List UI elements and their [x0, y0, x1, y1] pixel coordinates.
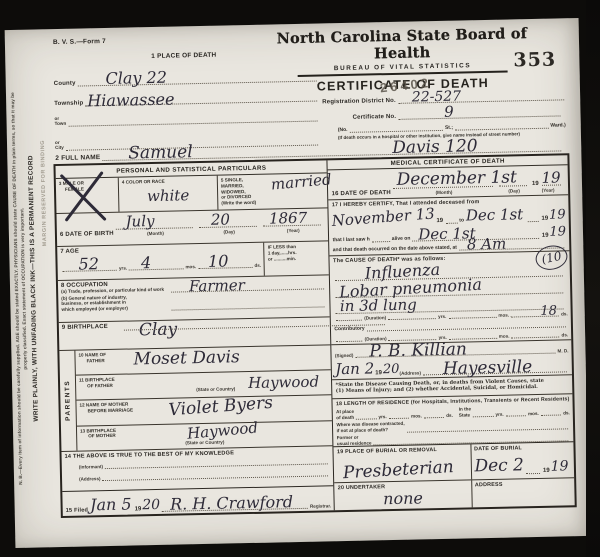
signature-year-value: 20 — [383, 363, 400, 376]
filed-row: 15 Filed Jan 5 19 20 R. H. Crawford Regi… — [62, 486, 334, 516]
duration-mos-unit: mos. — [498, 313, 509, 318]
race-value: white — [122, 188, 214, 205]
state-ds-unit: ds. — [563, 410, 570, 416]
burial-place-label: 19 PLACE OF BURIAL OR REMOVAL — [337, 446, 467, 455]
dob-year-sub: (Year) — [261, 228, 325, 234]
medical-column: MEDICAL CERTIFICATE OF DEATH 16 DATE OF … — [328, 155, 575, 510]
no-line — [349, 126, 443, 133]
last-saw-gap — [372, 236, 390, 242]
duration-yrs-line — [388, 314, 436, 320]
undertaker-cell: 20 UNDERTAKER none — [335, 480, 473, 510]
age-days-value: 10 — [208, 254, 229, 270]
contributory-line — [367, 323, 566, 332]
full-name-last: Davis 120 — [392, 138, 478, 157]
at-place-label-2: of death — [336, 415, 354, 421]
ward-label: Ward.) — [550, 122, 565, 128]
undertaker-value: none — [338, 489, 468, 508]
parents-block: PARENTS 10 NAME OFFATHER Moset Davis 11 … — [59, 346, 332, 452]
age-months-line: 4 — [129, 255, 184, 271]
burial-date-label: DATE OF BURIAL — [474, 444, 571, 452]
dob-month-value: July — [125, 214, 154, 230]
duration-ds-unit: ds. — [561, 312, 568, 317]
registrar-label: Registrar. — [310, 503, 331, 508]
cause-line-3: in 3d lung — [340, 298, 417, 315]
from-year-prefix: 19 — [436, 218, 443, 224]
certificate-paper: N. B.—Every item of information should b… — [5, 18, 590, 548]
alive-on-label: alive on — [392, 236, 411, 242]
signature-address-line: Hayesville — [423, 364, 567, 376]
duration-yrs-unit: yrs. — [438, 314, 446, 319]
undertaker-row: 20 UNDERTAKER none ADDRESS — [335, 478, 575, 510]
occupation-value: Farmer — [189, 278, 245, 294]
age-less-than-cell: IF LESS than 1 day,......hrs. or .......… — [264, 242, 330, 276]
marital-label-5: (Write the word) — [221, 198, 325, 206]
contributory-label: Contributory — [334, 326, 364, 333]
duration2-lead — [337, 337, 363, 343]
sex-race-marital-row: 3 MALE OR FEMALE 4 COLOR OR RACE white 5… — [56, 173, 328, 214]
attended-to-value: Dec 1st — [466, 208, 524, 224]
dob-month-sub: (Month) — [114, 231, 197, 238]
no-label: (No. — [338, 127, 348, 133]
dob-day-value: 20 — [211, 213, 230, 228]
informant-address-label: (Address) — [79, 476, 101, 481]
town-label: Town — [55, 121, 67, 127]
undertaker-address-label: ADDRESS — [475, 480, 572, 488]
form-area: B. V. S.—Form 7 1 PLACE OF DEATH North C… — [51, 18, 580, 547]
to-year-value: 19 — [549, 209, 566, 222]
filed-year-prefix: 19 — [135, 506, 142, 512]
to-line — [527, 215, 538, 222]
res-yrs-line — [356, 415, 376, 420]
informant-label: (Informant) — [79, 464, 103, 470]
mother-bp-value: Haywood — [187, 420, 259, 441]
residence-block: 18 LENGTH OF RESIDENCE (for Hospitals, I… — [333, 394, 574, 447]
main-form-box: PERSONAL AND STATISTICAL PARTICULARS 3 M… — [53, 153, 576, 518]
state-mos-unit: mos. — [528, 411, 539, 417]
occupation-b-label-3: which employed (or employer) — [61, 305, 169, 313]
age-months-unit: mos. — [185, 264, 196, 269]
race-label: 4 COLOR OR RACE — [122, 178, 214, 186]
last-year-value: 19 — [549, 226, 566, 239]
burial-place-cell: 19 PLACE OF BURIAL OR REMOVAL Presbeteri… — [334, 444, 472, 482]
age-months-value: 4 — [141, 255, 152, 271]
filed-year-value: 20 — [142, 498, 160, 512]
state-mos-line — [506, 412, 526, 417]
signature-year-prefix: 19 — [375, 371, 382, 377]
dob-day-sub: (Day) — [197, 229, 261, 235]
burial-date-gap — [526, 469, 540, 474]
mother-name-value: Violet Byers — [168, 395, 273, 420]
attest-statement: 14 THE ABOVE IS TRUE TO THE BEST OF MY K… — [65, 448, 331, 460]
burial-year-prefix: 19 — [543, 468, 550, 474]
duration-ds-line: 18 — [511, 312, 559, 318]
informant-line — [105, 459, 328, 469]
duration2-ds-unit: ds. — [561, 333, 568, 338]
attest-block: 14 THE ABOVE IS TRUE TO THE BEST OF MY K… — [61, 446, 333, 492]
filed-line: R. H. Crawford — [162, 500, 308, 512]
age-days-unit: ds. — [254, 263, 261, 268]
father-bp-sub: (State or Country) — [196, 387, 235, 393]
dob-label: 6 DATE OF BIRTH — [60, 231, 114, 238]
res-ds-line — [424, 413, 444, 418]
burial-date-value: Dec 2 — [474, 457, 524, 475]
filed-date-value: Jan 5 — [90, 496, 132, 513]
to-year-prefix: 19 — [541, 216, 548, 222]
signed-label: (Signed) — [335, 353, 353, 358]
full-name-label: 2 FULL NAME — [55, 154, 100, 162]
street-label: St.; — [445, 125, 453, 131]
age-less-3: or ..........min. — [268, 255, 326, 262]
registrar-signature: R. H. Crawford — [170, 494, 293, 513]
duration2-ds-line — [511, 333, 559, 339]
sex-label-2: FEMALE — [65, 186, 115, 193]
last-saw-label: that I last saw h — [332, 237, 369, 244]
last-year-prefix: 19 — [542, 233, 549, 239]
margin-binding-note: MARGIN RESERVED FOR BINDING — [38, 33, 51, 353]
undertaker-address-cell: ADDRESS — [472, 478, 575, 507]
dod-year-sub: (Year) — [531, 187, 565, 193]
page-number-stamp: 353 — [513, 49, 556, 72]
form-number: B. V. S.—Form 7 — [53, 38, 106, 46]
state-yrs-unit: yrs. — [495, 411, 503, 417]
age-years-value: 52 — [78, 256, 99, 272]
dod-month-sub: (Month) — [391, 189, 497, 196]
certify-block: 17 I HEREBY CERTIFY, That I attended dec… — [329, 196, 570, 257]
res-ds-unit: ds. — [446, 413, 453, 419]
age-years-line: 52 — [62, 256, 117, 272]
dob-year-value: 1867 — [269, 211, 307, 227]
duration2-mos-unit: mos. — [499, 334, 510, 339]
date-of-death-row: 16 DATE OF DEATH December 1st(Month) (Da… — [328, 165, 568, 200]
death-hour-value: 8 Am — [467, 237, 507, 253]
scanned-death-certificate: N. B.—Every item of information should b… — [0, 0, 600, 557]
duration-mos-line — [448, 313, 496, 319]
res-mos-line — [389, 414, 409, 419]
death-occurred-label: and that death occurred on the date abov… — [333, 245, 457, 254]
age-row: 7 AGE 52 yrs. 4 mos. 10 ds. IF LES — [57, 242, 329, 281]
marital-cell: 5 SINGLE, MARRIED, WIDOWED, or DIVORCED … — [218, 173, 328, 210]
father-name-value: Moset Davis — [133, 349, 240, 368]
dod-year-value: 19 — [541, 170, 560, 185]
to-word: to — [459, 218, 464, 224]
dod-year-prefix: 19 — [532, 181, 539, 187]
section-place-of-death: 1 PLACE OF DEATH — [151, 52, 216, 60]
burial-date-cell: DATE OF BURIAL Dec 2 19 19 — [471, 442, 574, 479]
occupation-row: 8 OCCUPATION (a) Trade, profession, or p… — [58, 275, 330, 323]
burial-place-value: Presbeterian — [343, 458, 468, 482]
signature-address-label: (Address) — [399, 371, 421, 376]
cause-of-death-block: The CAUSE OF DEATH* was as follows: (10 … — [330, 252, 571, 346]
state-yrs-line — [473, 412, 493, 417]
in-state-label-2: State — [459, 412, 471, 418]
signature-address-value: Hayesville — [443, 359, 533, 378]
state-ds-line — [541, 411, 561, 416]
street-line — [455, 124, 549, 131]
informant-address-line — [102, 471, 328, 481]
occupation-b-line — [171, 302, 325, 310]
duration-lead — [336, 316, 362, 322]
dod-day-sub: (Day) — [497, 188, 531, 194]
signature-date-value: Jan 2 — [335, 362, 374, 378]
duration-value: 18 — [540, 305, 557, 318]
burial-year-value: 19 — [550, 459, 568, 473]
burial-row: 19 PLACE OF BURIAL OR REMOVAL Presbeteri… — [334, 442, 574, 483]
md-label: M. D. — [557, 349, 568, 354]
age-days-line: 10 — [198, 253, 253, 269]
filed-label: 15 Filed — [66, 507, 89, 513]
age-years-unit: yrs. — [119, 266, 127, 271]
date-of-death-label: 16 DATE OF DEATH — [332, 190, 391, 197]
race-cell: 4 COLOR OR RACE white — [119, 176, 219, 212]
res-yrs-unit: yrs. — [378, 414, 386, 420]
from-line — [446, 217, 457, 224]
father-bp-value: Haywood — [248, 375, 319, 391]
sex-cell: 3 MALE OR FEMALE — [56, 178, 120, 214]
town-row: orTown — [54, 99, 319, 127]
duration-label: (Duration) — [364, 315, 386, 320]
res-mos-unit: mos. — [411, 413, 422, 419]
age-main-cell: 7 AGE 52 yrs. 4 mos. 10 ds. — [57, 243, 264, 280]
personal-column: PERSONAL AND STATISTICAL PARTICULARS 3 M… — [55, 160, 335, 516]
full-name-first: Samuel — [128, 144, 193, 162]
board-title: North Carolina State Board of Health — [273, 25, 532, 64]
